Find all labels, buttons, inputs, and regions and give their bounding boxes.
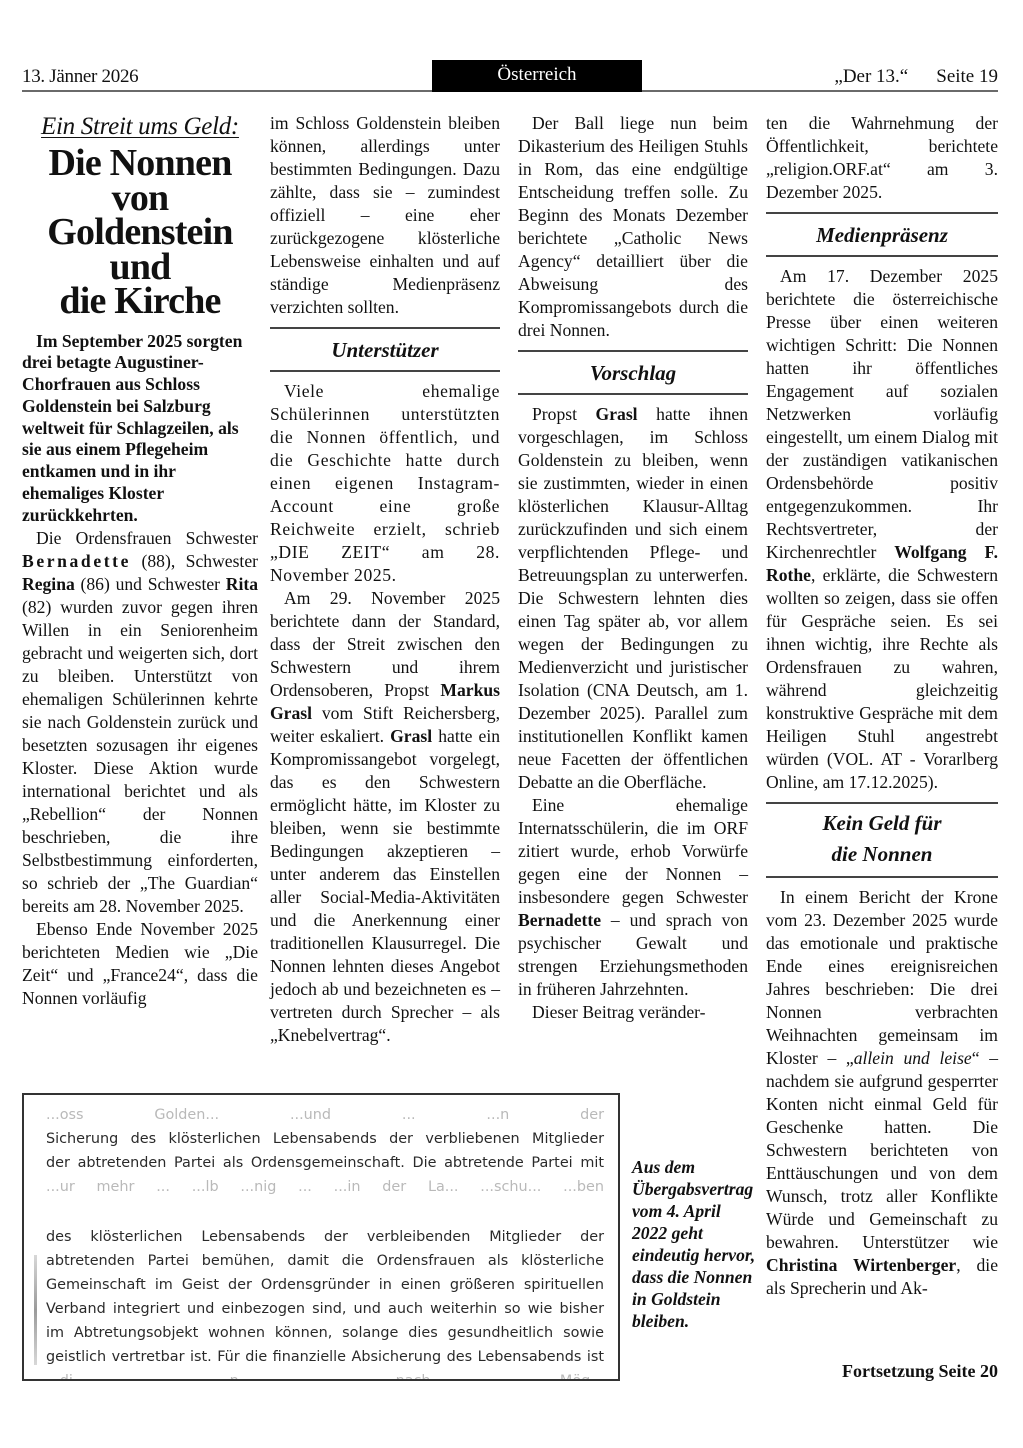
subhead-block: Medienpräsenz <box>766 212 998 257</box>
divider <box>766 876 998 878</box>
body-paragraph: Der Ball liege nun beim Dikasterium des … <box>518 112 748 342</box>
body-paragraph: Eine ehemalige Internatsschülerin, die i… <box>518 794 748 1001</box>
subhead-block: Vorschlag <box>518 350 748 395</box>
body-paragraph: Die Ordensfrauen Schwester Bernadette (8… <box>22 527 258 918</box>
subhead-block: Unterstützer <box>270 327 500 372</box>
person-name: Christina Wirtenberger <box>766 1255 956 1275</box>
person-name: Rita <box>226 574 258 594</box>
section-label: Österreich <box>432 60 642 92</box>
body-paragraph: Am 17. Dezember 2025 berichtete die öste… <box>766 265 998 794</box>
subhead-kein-geld: Kein Geld für die Nonnen <box>766 804 998 876</box>
excerpt-caption: Aus dem Übergabsvertrag vom 4. April 202… <box>632 1156 756 1332</box>
page-header: 13. Jänner 2026 Österreich „Der 13.“Seit… <box>22 62 998 92</box>
body-paragraph: In einem Bericht der Krone vom 23. Dezem… <box>766 886 998 1300</box>
column-2: im Schloss Goldenstein bleiben können, a… <box>270 112 500 1047</box>
article-lead: Im September 2025 sorgten drei betagte A… <box>22 331 258 527</box>
body-paragraph: ten die Wahrnehmung der Öffentlichkeit, … <box>766 112 998 204</box>
body-paragraph: Dieser Beitrag veränder- <box>518 1001 748 1024</box>
excerpt-gap <box>46 1199 604 1225</box>
quote: allein und leise <box>854 1048 972 1068</box>
body-paragraph: Propst Grasl hatte ihnen vorgeschlagen, … <box>518 403 748 794</box>
excerpt-line: des klösterlichen Lebensabends der verbl… <box>46 1225 604 1249</box>
header-right: „Der 13.“Seite 19 <box>834 66 998 88</box>
excerpt-line: der abtretenden Partei als Ordensgemeins… <box>46 1151 604 1175</box>
column-3: Der Ball liege nun beim Dikasterium des … <box>518 112 748 1024</box>
person-name: Grasl <box>596 404 638 424</box>
divider <box>766 255 998 257</box>
person-name: Bernadette <box>22 551 131 571</box>
publication-name: „Der 13.“ <box>834 66 908 87</box>
subhead-vorschlag: Vorschlag <box>518 352 748 393</box>
excerpt-line: im Abtretungsobjekt wohnen können, solan… <box>46 1321 604 1345</box>
body-paragraph: im Schloss Goldenstein bleiben können, a… <box>270 112 500 319</box>
headline-line: die Kirche <box>22 284 258 319</box>
person-name: Regina <box>22 574 75 594</box>
headline-line: Die Nonnen <box>22 146 258 181</box>
body-paragraph: Am 29. November 2025 berichtete dann der… <box>270 587 500 1047</box>
person-name: Bernadette <box>518 910 601 930</box>
divider <box>270 370 500 372</box>
scan-artifact <box>34 1255 37 1365</box>
column-4: ten die Wahrnehmung der Öffentlichkeit, … <box>766 112 998 1300</box>
continued-on-page: Fortsetzung Seite 20 <box>766 1361 998 1382</box>
headline-line: Goldenstein <box>22 215 258 250</box>
excerpt-line: ...ur mehr ... ...lb ...nig ... ...in de… <box>46 1175 604 1199</box>
subhead-line: die Nonnen <box>766 839 998 870</box>
issue-date: 13. Jänner 2026 <box>22 66 138 88</box>
divider <box>518 393 748 395</box>
body-paragraph: Ebenso Ende November 2025 berichteten Me… <box>22 918 258 1010</box>
page-number: Seite 19 <box>936 66 998 87</box>
excerpt-line: geistlich vertretbar ist. Für die finanz… <box>46 1345 604 1369</box>
excerpt-line: Gemeinschaft im Geist der Ordensgründer … <box>46 1273 604 1297</box>
body-paragraph: Viele ehemalige Schülerinnen unterstützt… <box>270 380 500 587</box>
headline-line: und <box>22 250 258 285</box>
person-name: Grasl <box>390 726 432 746</box>
excerpt-line: ...oss Golden... ...und ... ...n der <box>46 1103 604 1127</box>
article-kicker: Ein Streit ums Geld: <box>22 112 258 142</box>
excerpt-line: abtretenden Partei bemühen, damit die Or… <box>46 1249 604 1273</box>
subhead-medienpraesenz: Medienpräsenz <box>766 214 998 255</box>
column-1: Ein Streit ums Geld: Die Nonnen von Gold… <box>22 112 258 1010</box>
subhead-line: Kein Geld für <box>766 808 998 839</box>
excerpt-line: ...di... ...n... ...nach Mög... <box>46 1369 604 1381</box>
headline-line: von <box>22 181 258 216</box>
excerpt-line: Verband integriert und einbezogen sind, … <box>46 1297 604 1321</box>
article-headline: Die Nonnen von Goldenstein und die Kirch… <box>22 146 258 319</box>
excerpt-line: Sicherung des klösterlichen Lebensabends… <box>46 1127 604 1151</box>
subhead-block: Kein Geld für die Nonnen <box>766 802 998 878</box>
subhead-unterstuetzer: Unterstützer <box>270 329 500 370</box>
scanned-contract-excerpt: ...oss Golden... ...und ... ...n der Sic… <box>22 1093 620 1381</box>
